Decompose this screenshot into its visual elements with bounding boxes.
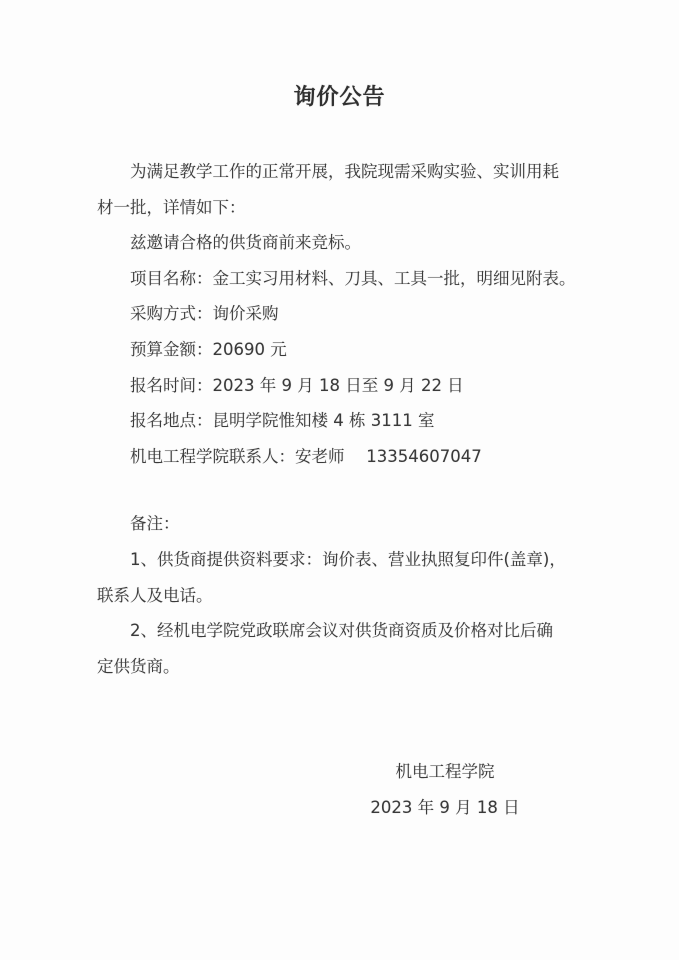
- remark-line: 定供货商。: [97, 649, 669, 685]
- paragraph-line: 材一批，详情如下：: [97, 190, 669, 226]
- remark-line: 联系人及电话。: [97, 578, 669, 614]
- remark-line: 1、供货商提供资料要求：询价表、营业执照复印件(盖章)，: [97, 542, 669, 578]
- remarks-heading: 备注：: [97, 506, 669, 542]
- signature-org: 机电工程学院: [305, 754, 585, 790]
- paragraph-line: 兹邀请合格的供货商前来竞标。: [97, 225, 669, 261]
- project-name-line: 项目名称：金工实习用材料、刀具、工具一批，明细见附表。: [97, 261, 669, 297]
- paragraph-line: 为满足教学工作的正常开展，我院现需采购实验、实训用耗: [97, 154, 669, 190]
- page-title: 询价公告: [0, 86, 679, 110]
- registration-time-line: 报名时间：2023 年 9 月 18 日至 9 月 22 日: [97, 368, 669, 404]
- remark-line: 2、经机电学院党政联席会议对供货商资质及价格对比后确: [97, 613, 669, 649]
- document-page: 询价公告 为满足教学工作的正常开展，我院现需采购实验、实训用耗 材一批，详情如下…: [0, 0, 679, 960]
- budget-line: 预算金额：20690 元: [97, 332, 669, 368]
- purchase-method-line: 采购方式：询价采购: [97, 296, 669, 332]
- signature-date: 2023 年 9 月 18 日: [305, 790, 585, 826]
- document-body: 为满足教学工作的正常开展，我院现需采购实验、实训用耗 材一批，详情如下： 兹邀请…: [0, 154, 679, 826]
- registration-place-line: 报名地点：昆明学院惟知楼 4 栋 3111 室: [97, 403, 669, 439]
- contact-line: 机电工程学院联系人：安老师 13354607047: [97, 439, 669, 475]
- signature-block: 机电工程学院 2023 年 9 月 18 日: [305, 754, 585, 825]
